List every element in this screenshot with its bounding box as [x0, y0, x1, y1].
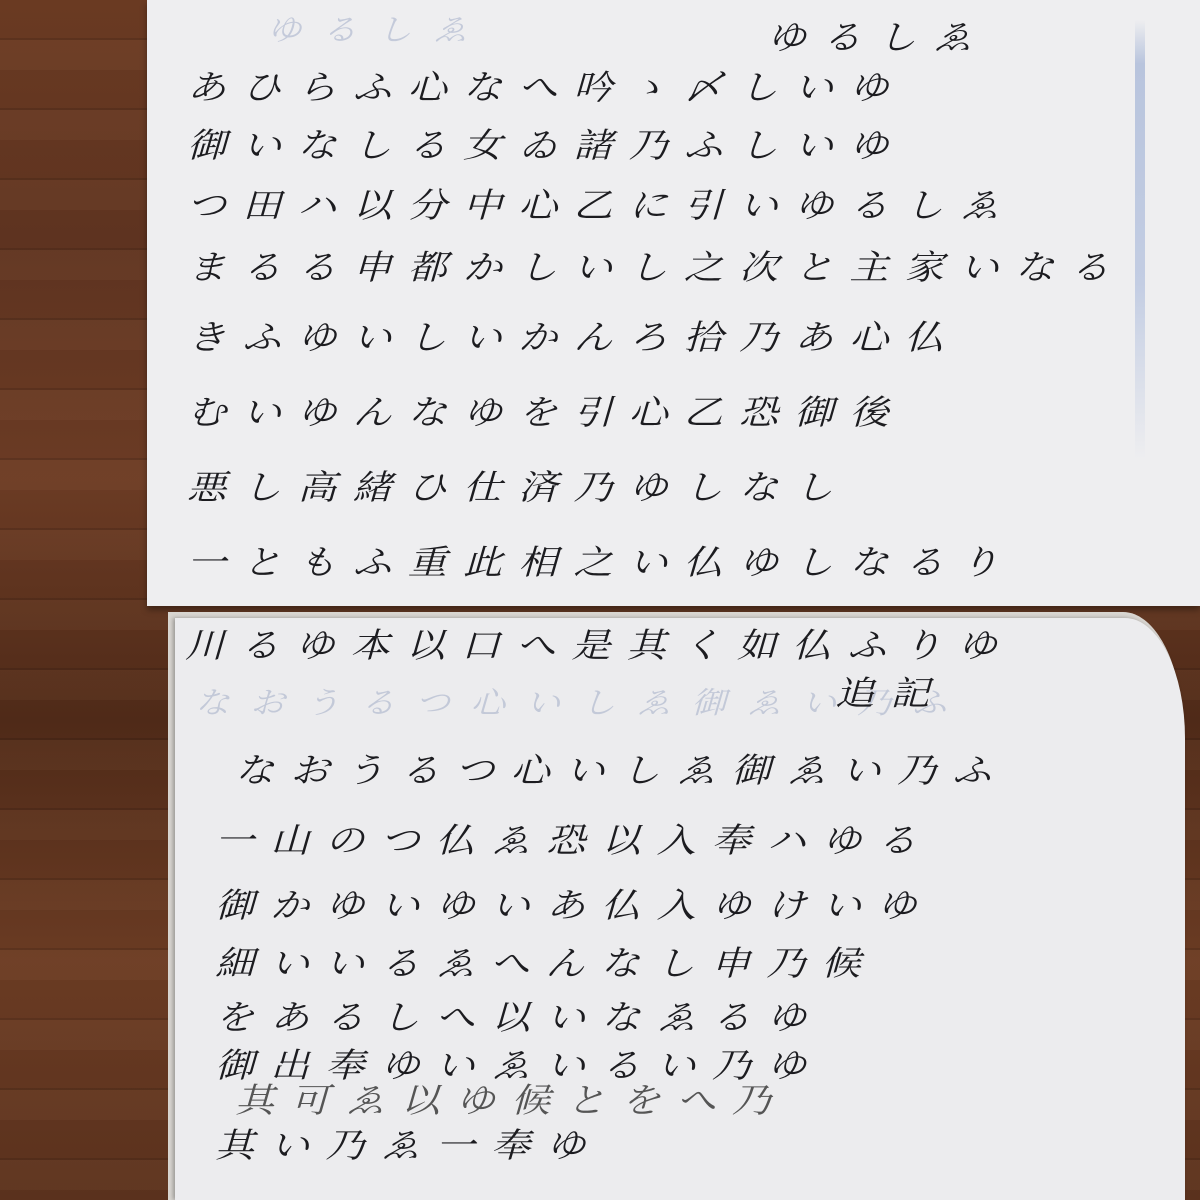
manuscript-line: 川るゆ本以口へ是其く如仏ふりゆ — [185, 618, 1013, 667]
manuscript-heading: 追記 — [835, 666, 945, 715]
manuscript-line: 一ともふ重此相之い仏ゆしなるり — [187, 535, 1015, 584]
manuscript-line: 悪し高緒ひ仕済乃ゆしなし — [187, 460, 849, 509]
manuscript-line: きふゆいしいかんろ拾乃あ心仏 — [187, 310, 960, 359]
manuscript-line: 一山のつ仏ゑ恐以入奉ハゆる — [215, 813, 933, 862]
manuscript-line: なおうるつ心いしゑ御ゑい乃ふ — [235, 743, 1007, 792]
manuscript-line: まるる申都かしいし之次と主家いなる — [187, 240, 1125, 289]
bleed-through-text: ゆるしゑ — [267, 5, 488, 49]
manuscript-line: つ田ハ以分中心乙に引いゆるしゑ — [187, 178, 1015, 227]
ink-bleed-mark — [1135, 20, 1145, 460]
manuscript-line: あひらふ心なへ吟ゝ〆しいゆ — [187, 60, 905, 109]
manuscript-bottom-page: 川るゆ本以口へ是其く如仏ふりゆ なおうるつ心いしゑ御ゑい乃ふ 追記 なおうるつ心… — [175, 618, 1185, 1200]
manuscript-line: 御いなしる女ゐ諸乃ふしいゆ — [187, 118, 905, 167]
manuscript-line: むいゆんなゆを引心乙恐御後 — [187, 385, 905, 434]
manuscript-line: 其可ゑ以ゆ候とをへ乃 — [235, 1073, 787, 1122]
manuscript-line: 其い乃ゑ一奉ゆ — [215, 1118, 601, 1167]
manuscript-line: 御かゆいゆいあ仏入ゆけいゆ — [215, 878, 933, 927]
manuscript-line: をあるしへ以いなゑるゆ — [215, 990, 822, 1039]
manuscript-top-page: ゆるしゑ ゆるしゑ あひらふ心なへ吟ゝ〆しいゆ 御いなしる女ゐ諸乃ふしいゆ つ田… — [147, 0, 1200, 606]
manuscript-line: ゆるしゑ — [767, 10, 988, 59]
manuscript-line: 細いいるゑへんなし申乃候 — [215, 936, 877, 985]
